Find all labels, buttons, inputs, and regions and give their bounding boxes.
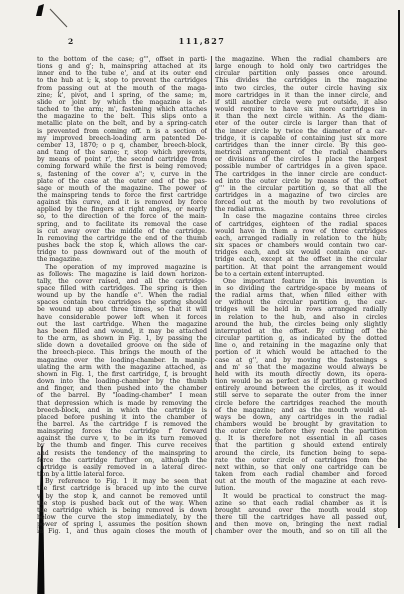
- text-line: have considerable power left when it for…: [37, 314, 207, 321]
- text-line: spring, and to facilitate its removal th…: [37, 221, 207, 228]
- text-line: and then move on, bringing the next radi…: [215, 521, 387, 528]
- text-line: the first cartridge is braced up into th…: [37, 485, 207, 492]
- paragraph: The operation of my improved magazine is…: [37, 264, 207, 479]
- text-line: is cut away over the middle of the cartr…: [37, 228, 207, 235]
- text-line: cartridge is easily removed in a lateral…: [37, 464, 207, 471]
- text-line: possible number of cartridges in a given…: [215, 163, 387, 170]
- text-line: portion of it which would be attached to…: [215, 349, 387, 356]
- text-line: be wound up about three times, so that i…: [37, 306, 207, 313]
- column-divider: [211, 56, 212, 535]
- column-left: to the bottom of the case; g''', offset …: [37, 56, 207, 535]
- text-line: to the arm, as shown in Fig. 1, by passi…: [37, 335, 207, 342]
- text-line: large enough to hold only two cartridges…: [215, 63, 387, 70]
- text-line: tached to the arm; m', fastening which a…: [37, 106, 207, 113]
- text-line: circular partition only passes once arou…: [215, 70, 387, 77]
- text-line: in Fig. 1, and thus again closes the mou…: [37, 528, 207, 535]
- text-line: the inner circle by twice the diameter o…: [215, 128, 387, 135]
- text-line: chambers would be brought by gravitation…: [215, 421, 387, 428]
- text-line: In removing the cartridge the end of the…: [37, 235, 207, 242]
- text-line: against this curve, and it is removed by…: [37, 199, 207, 206]
- text-line: around the hub, the circles being only s…: [215, 321, 387, 328]
- text-line: azine so that each radial chamber as it …: [215, 500, 387, 507]
- text-line: lution.: [215, 485, 387, 492]
- text-body: to the bottom of the case; g''', offset …: [37, 56, 387, 535]
- text-line: cember 13, 1870; o p q, chamber, breech-…: [37, 142, 207, 149]
- text-line: out at the mouth of the magazine at each…: [215, 478, 387, 485]
- text-line: metallic plate on the belt, and by a spr…: [37, 120, 207, 127]
- text-line: ways be down, any cartridges in the radi…: [215, 414, 387, 421]
- text-line: out the last cartridge. When the magazin…: [37, 321, 207, 328]
- text-line: eter of the outer circle is larger than …: [215, 120, 387, 127]
- text-line: brought around over the mouth would stop: [215, 507, 387, 514]
- text-line: is prevented from coming off. n is a sec…: [37, 128, 207, 135]
- text-line: g''' in the circular partition g, so tha…: [215, 185, 387, 192]
- text-line: be to a certain extent interrupted.: [215, 271, 387, 278]
- text-line: circle before the cartridges reached the…: [215, 400, 387, 407]
- pen-stroke-mark: [50, 9, 67, 27]
- text-line: interrupted at the offset. By cutting of…: [215, 328, 387, 335]
- text-line: In case the magazine contains three circ…: [215, 213, 387, 220]
- text-line: slide or joint by which the magazine is …: [37, 99, 207, 106]
- text-line: tridge each, except at the offset in the…: [215, 256, 387, 263]
- column-right: the magazine. When the radial chambers a…: [215, 56, 387, 535]
- text-line: partition. At that point the arrangement…: [215, 264, 387, 271]
- text-line: tally, the cover raised, and all the car…: [37, 278, 207, 285]
- text-line: chamber over the mouth, and so on till a…: [215, 528, 387, 535]
- text-line: of cartridges, eighteen of the radial sp…: [215, 221, 387, 228]
- text-line: the magazine to the belt. This slips ont…: [37, 113, 207, 120]
- text-line: around the circle, its function being to…: [215, 450, 387, 457]
- text-line: would have in them a row of three cartri…: [215, 228, 387, 235]
- text-line: wound up by the handle e''. When the rad…: [37, 292, 207, 299]
- text-line: the radial arms.: [215, 206, 387, 213]
- text-line: the barrel. As the cartridge f is remove…: [37, 421, 207, 428]
- text-line: the magazine.: [37, 256, 207, 263]
- scan-edge-line: [398, 10, 400, 528]
- text-line: in so dividing the cartridge-space by me…: [215, 285, 387, 292]
- text-line: tion would be as perfect as if partition…: [215, 378, 387, 385]
- text-line: applied by the fingers at right angles, …: [37, 206, 207, 213]
- text-line: line o, and retaining in the magazine on…: [215, 342, 387, 349]
- text-line: metrical arrangement of the radial chamb…: [215, 149, 387, 156]
- ink-flag-mark: [36, 4, 70, 30]
- text-line: The operation of my improved magazine is: [37, 264, 207, 271]
- text-line: case at g'', and by moving the fastening…: [215, 357, 387, 364]
- text-line: tridges each, and six would contain one …: [215, 249, 387, 256]
- text-line: down into the loading-chamber by the thu…: [37, 378, 207, 385]
- text-line: the magazine. When the radial chambers a…: [215, 56, 387, 63]
- text-line: tridge to pass downward out of the mouth…: [37, 249, 207, 256]
- text-line: tridges will be held in rows arranged ra…: [215, 306, 387, 313]
- text-line: into two circles, the outer circle havin…: [215, 85, 387, 92]
- text-line: and tang of the same; r, stop which prev…: [37, 149, 207, 156]
- text-line: more cartridges in it than the inner cir…: [215, 92, 387, 99]
- text-line: g. It is therefore not essential in all …: [215, 435, 387, 442]
- text-line: to the bottom of the case; g''', offset …: [37, 56, 207, 63]
- text-line: still serve to separate the outer from t…: [215, 392, 387, 399]
- text-line: so, to the direction of the force of the…: [37, 213, 207, 220]
- text-line: force the cartridge further on, although…: [37, 457, 207, 464]
- text-line: or divisions of the circles I place the …: [215, 156, 387, 163]
- text-line: my improved breech-loading arm patented …: [37, 135, 207, 142]
- patent-page: { "header": { "page_number": "2", "paten…: [0, 0, 404, 594]
- text-line: from passing out at the mouth of the mag…: [37, 85, 207, 92]
- patent-number: 111,827: [0, 36, 404, 46]
- text-line: six spaces or chambers would contain two…: [215, 242, 387, 249]
- text-line: the stop is pushed back out of the way. …: [37, 500, 207, 507]
- text-line: and resists the tendency of the mainspri…: [37, 450, 207, 457]
- text-line: plate of the case at the outer end of th…: [37, 178, 207, 185]
- text-line: the cartridge which is being removed is …: [37, 507, 207, 514]
- text-line: as follows: The magazine is laid down ho…: [37, 271, 207, 278]
- text-line: coming forward while the first is being …: [37, 163, 207, 170]
- text-line: below the curve the stop immediately, by…: [37, 514, 207, 521]
- text-line: By reference to Fig. 1 it may be seen th…: [37, 478, 207, 485]
- text-line: sage or mouth of the magazine. The power…: [37, 185, 207, 192]
- text-line: slide down a dovetailed groove on the si…: [37, 342, 207, 349]
- text-line: pushes back the stop k, which allows the…: [37, 242, 207, 249]
- text-line: v by the stop k, and cannot be removed u…: [37, 493, 207, 500]
- text-line: if still another circle were put outside…: [215, 99, 387, 106]
- text-line: in relation to the hub, and also in circ…: [215, 314, 387, 321]
- text-line: the outer circle before they reach the p…: [215, 428, 387, 435]
- text-line: It would be practical to construct the m…: [215, 493, 387, 500]
- text-line: tion by a little lateral force.: [37, 471, 207, 478]
- text-line: to the hub at i; k, stop to prevent the …: [37, 77, 207, 84]
- text-line: This divides the cartridges in the magaz…: [215, 77, 387, 84]
- text-line: The cartridges in the inner circle are c…: [215, 171, 387, 178]
- text-line: forced out at the mouth by two revolutio…: [215, 199, 387, 206]
- text-line: shown in Fig. 1, the first cartridge, f,…: [37, 371, 207, 378]
- paragraph: One important feature in this invention …: [215, 278, 387, 493]
- text-line: held with its mouth directly down, its o…: [215, 371, 387, 378]
- text-line: tions g and g'; h, mainspring attached a…: [37, 63, 207, 70]
- text-line: s, fastening of the cover a''; v, curve …: [37, 171, 207, 178]
- text-line: entirely around between the circles, as …: [215, 385, 387, 392]
- text-line: mainspring forces the cartridge f' forwa…: [37, 428, 207, 435]
- text-line: circular partition g, as indicated by th…: [215, 335, 387, 342]
- text-line: that depression which is made by removin…: [37, 400, 207, 407]
- text-line: has been filled and wound, it may be att…: [37, 328, 207, 335]
- text-line: of the magazine; and as the mouth would …: [215, 407, 387, 414]
- text-line: ulating the arm with the magazine attach…: [37, 364, 207, 371]
- text-line: the breech-piece. This brings the mouth …: [37, 349, 207, 356]
- text-line: taken from each radial chamber and force…: [215, 471, 387, 478]
- paragraph: In case the magazine contains three circ…: [215, 213, 387, 277]
- text-line: it than the next circle within. As the d…: [215, 113, 387, 120]
- text-line: the radial arms that, when filled either…: [215, 292, 387, 299]
- paragraph: to the bottom of the case; g''', offset …: [37, 56, 207, 264]
- paragraph: It would be practical to construct the m…: [215, 493, 387, 536]
- text-line: power of spring l, assumes the position …: [37, 521, 207, 528]
- text-line: by the thumb and finger. This curve rece…: [37, 442, 207, 449]
- text-line: cartridges than the inner circle. By thi…: [215, 142, 387, 149]
- text-line: of the barrel. By "loading-chamber" I me…: [37, 392, 207, 399]
- text-line: magazine over the loading-chamber. In ma…: [37, 357, 207, 364]
- text-line: the mainspring tends to force the first …: [37, 192, 207, 199]
- text-line: space filled with cartridges. The spring…: [37, 285, 207, 292]
- text-line: rate the outer circle of cartridges from…: [215, 457, 387, 464]
- text-line: each, arranged radially in relation to t…: [215, 235, 387, 242]
- text-line: or without the circular partition g, the…: [215, 299, 387, 306]
- text-line: there till the cartridges have all passe…: [215, 514, 387, 521]
- text-line: cartridges in a magazine of two circles …: [215, 192, 387, 199]
- text-line: placed before pushing it into the chambe…: [37, 414, 207, 421]
- paragraph: By reference to Fig. 1 it may be seen th…: [37, 478, 207, 535]
- text-line: tridge, it is capable of containing just…: [215, 135, 387, 142]
- text-line: zine; k', pivot, and l spring, of the sa…: [37, 92, 207, 99]
- text-line: next within, so that only one cartridge …: [215, 464, 387, 471]
- text-line: and finger, and then pushed into the cha…: [37, 385, 207, 392]
- text-line: by means of point r', the second cartrid…: [37, 156, 207, 163]
- text-line: inner end to the tube e', and at its out…: [37, 70, 207, 77]
- text-line: ed into the outer circle by means of the…: [215, 178, 387, 185]
- text-line: spaces contain two cartridges the spring…: [37, 299, 207, 306]
- text-line: and m' so that the magazine would always…: [215, 364, 387, 371]
- text-line: against the curve v, to be in its turn r…: [37, 435, 207, 442]
- text-line: that the partition g should extend entir…: [215, 442, 387, 449]
- text-line: One important feature in this invention …: [215, 278, 387, 285]
- text-line: would require to have six more cartridge…: [215, 106, 387, 113]
- paragraph: the magazine. When the radial chambers a…: [215, 56, 387, 213]
- text-line: breech-block, and in which the cartridge…: [37, 407, 207, 414]
